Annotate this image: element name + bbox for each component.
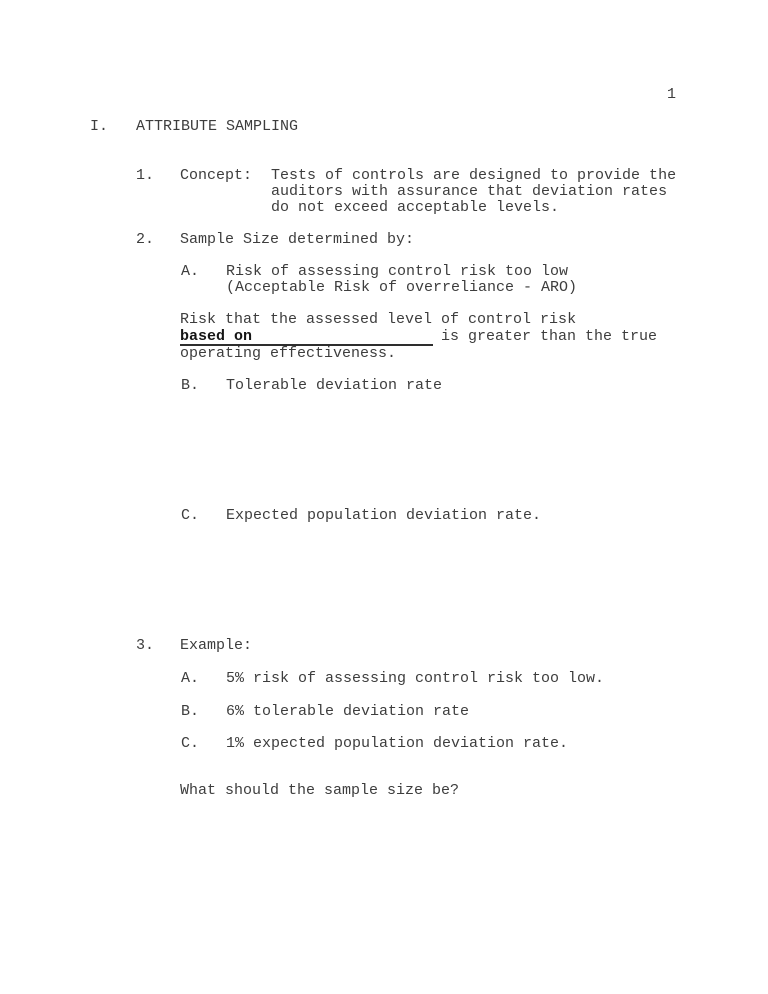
fill-in-blank: based on xyxy=(180,329,433,346)
section-numeral: I. xyxy=(90,119,108,135)
section-title: ATTRIBUTE SAMPLING xyxy=(136,119,298,135)
item2a-text-line2: (Acceptable Risk of overreliance - ARO) xyxy=(226,280,577,296)
item3-title: Example: xyxy=(180,638,252,654)
item3-number: 3. xyxy=(136,638,154,654)
item2-number: 2. xyxy=(136,232,154,248)
page-number: 1 xyxy=(667,87,676,103)
item1-text-line2: auditors with assurance that deviation r… xyxy=(271,184,667,200)
item2a-letter: A. xyxy=(181,264,199,280)
item3c-letter: C. xyxy=(181,736,199,752)
item2c-text: Expected population deviation rate. xyxy=(226,508,541,524)
item3a-text: 5% risk of assessing control risk too lo… xyxy=(226,671,604,687)
item2b-letter: B. xyxy=(181,378,199,394)
question-text: What should the sample size be? xyxy=(180,783,459,799)
document-page: 1 I. ATTRIBUTE SAMPLING 1. Concept: Test… xyxy=(0,0,768,994)
item1-number: 1. xyxy=(136,168,154,184)
item1-text-line1: Tests of controls are designed to provid… xyxy=(271,168,676,184)
item1-text-line3: do not exceed acceptable levels. xyxy=(271,200,559,216)
note-line3: operating effectiveness. xyxy=(180,346,396,362)
item2a-text-line1: Risk of assessing control risk too low xyxy=(226,264,568,280)
item3b-text: 6% tolerable deviation rate xyxy=(226,704,469,720)
blank-label: based on xyxy=(180,328,252,345)
item2b-text: Tolerable deviation rate xyxy=(226,378,442,394)
note-line1: Risk that the assessed level of control … xyxy=(180,312,576,328)
note-line2-rest: is greater than the true xyxy=(441,329,657,345)
item2-title: Sample Size determined by: xyxy=(180,232,414,248)
item3c-text: 1% expected population deviation rate. xyxy=(226,736,568,752)
item1-label: Concept: xyxy=(180,168,252,184)
item3b-letter: B. xyxy=(181,704,199,720)
item3a-letter: A. xyxy=(181,671,199,687)
item2c-letter: C. xyxy=(181,508,199,524)
